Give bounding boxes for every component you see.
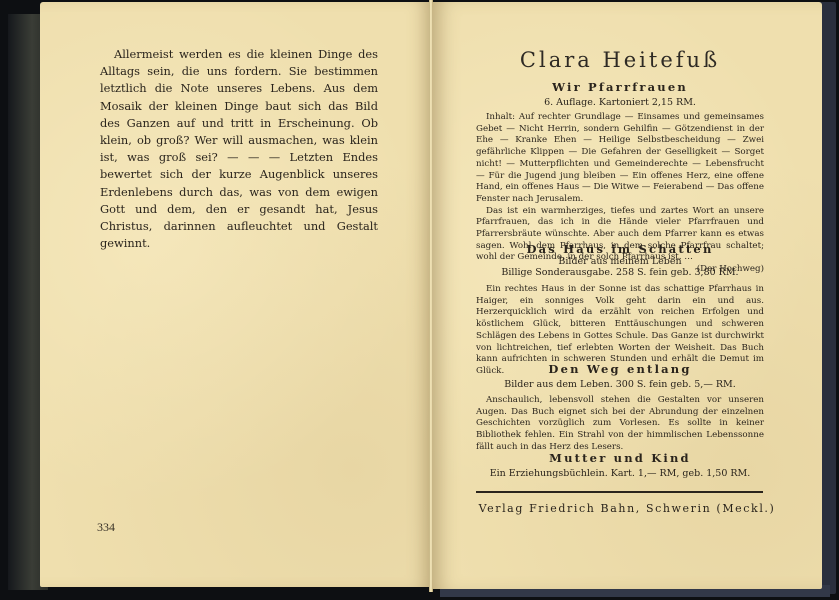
book-details: Ein Erziehungsbüchlein. Kart. 1,— RM, ge…: [476, 468, 764, 479]
book-details: Bilder aus dem Leben. 300 S. fein geb. 5…: [476, 379, 764, 390]
book-title: Wir Pfarrfrauen: [476, 80, 764, 94]
book-title: Den Weg entlang: [476, 362, 764, 376]
book-contents: Inhalt: Auf rechter Grundlage — Einsames…: [476, 112, 764, 206]
book-details: 6. Auflage. Kartoniert 2,15 RM.: [476, 97, 764, 108]
right-page: Clara Heitefuß Wir Pfarrfrauen 6. Auflag…: [432, 2, 822, 589]
page-number: 334: [97, 520, 115, 535]
publisher-imprint: Verlag Friedrich Bahn, Schwerin (Meckl.): [432, 502, 822, 515]
book-subtitle: Bilder aus meinem Leben: [476, 256, 764, 267]
author-name: Clara Heitefuß: [476, 48, 764, 72]
book-details: Billige Sonderausgabe. 258 S. fein geb. …: [476, 267, 764, 278]
book-entry-das-haus-im-schatten: Das Haus im Schatten Bilder aus meinem L…: [476, 242, 764, 378]
left-page-paragraph: Allermeist werden es die kleinen Dinge d…: [100, 46, 378, 252]
left-page: Allermeist werden es die kleinen Dinge d…: [40, 2, 430, 587]
book-description: Anschaulich, lebensvoll stehen die Gesta…: [476, 395, 764, 454]
book-entry-mutter-und-kind: Mutter und Kind Ein Erziehungsbüchlein. …: [476, 451, 764, 479]
left-page-body: Allermeist werden es die kleinen Dinge d…: [100, 46, 378, 252]
book-title: Das Haus im Schatten: [476, 242, 764, 256]
divider-rule: [476, 491, 763, 493]
book-title: Mutter und Kind: [476, 451, 764, 465]
book-review: Anschaulich, lebensvoll stehen die Gesta…: [476, 395, 764, 454]
book-entry-den-weg-entlang: Den Weg entlang Bilder aus dem Leben. 30…: [476, 362, 764, 454]
